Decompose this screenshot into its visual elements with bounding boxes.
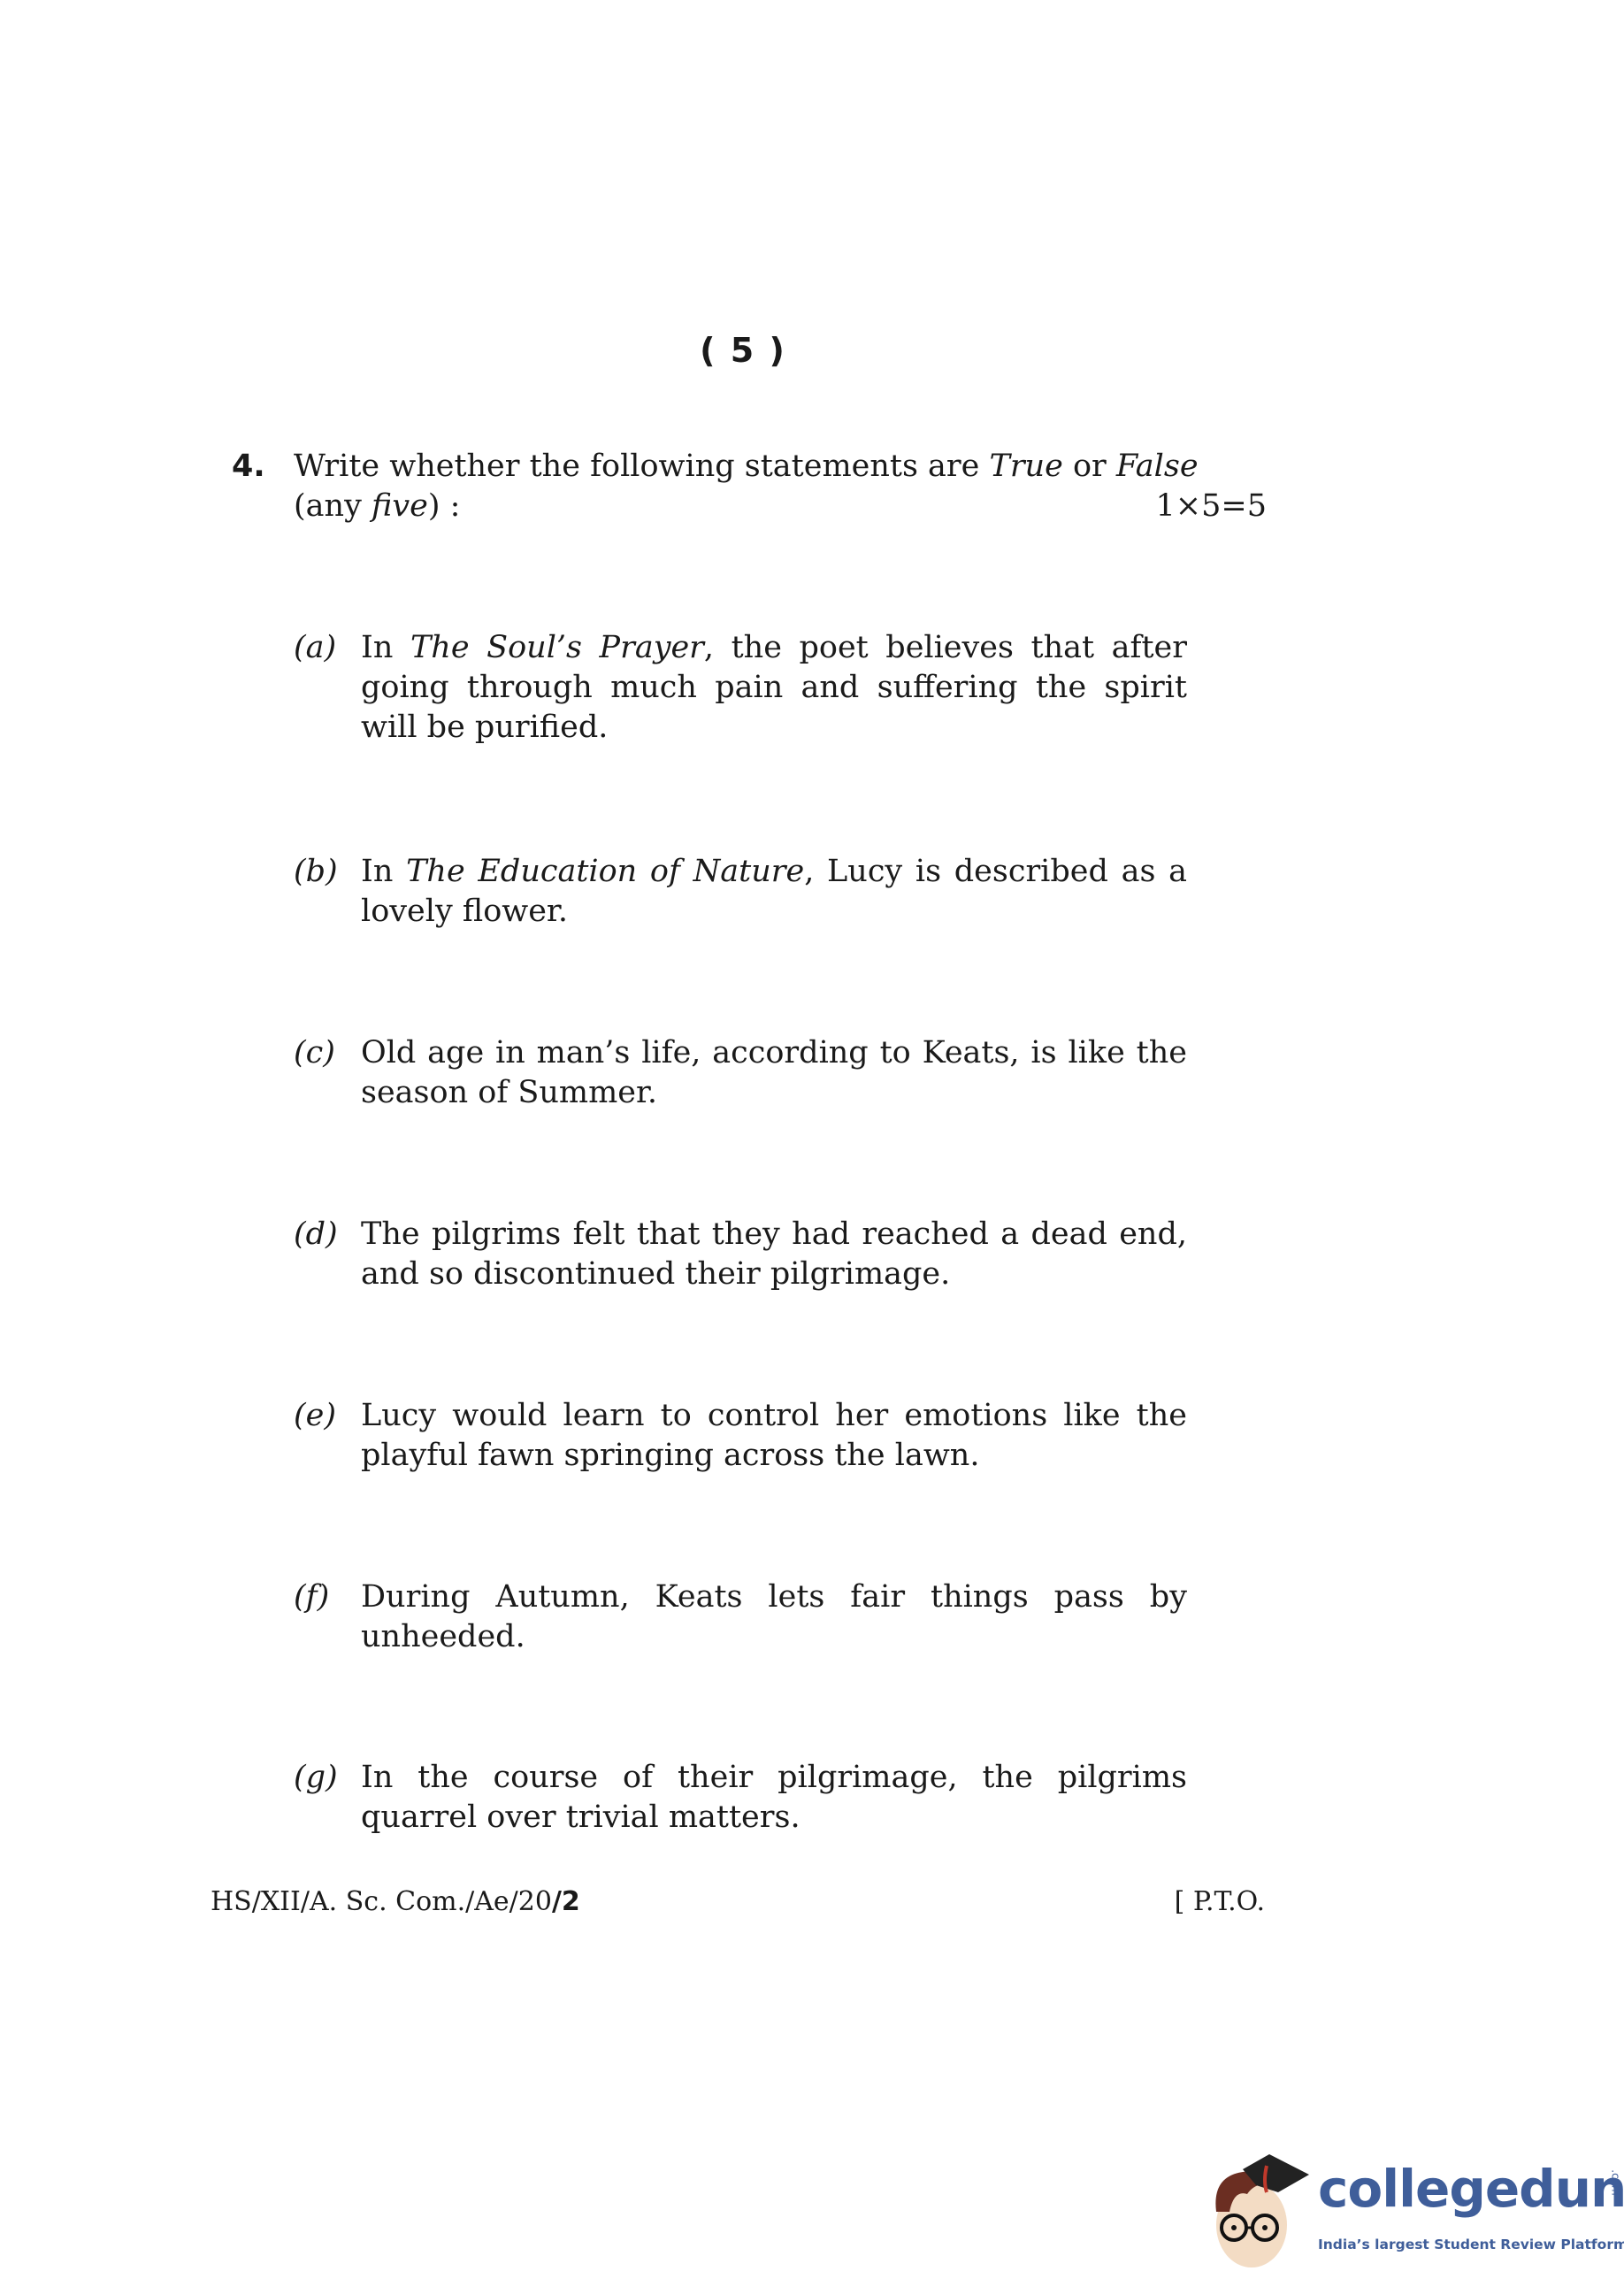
pto-label: [ P.T.O.	[1175, 1886, 1265, 1917]
statement-a: (a) In The Soul’s Prayer, the poet belie…	[294, 628, 1187, 748]
statement-e: (e) Lucy would learn to control her emot…	[294, 1396, 1187, 1476]
brand-tagline: India’s largest Student Review Platform	[1318, 2237, 1624, 2252]
statement-c: (c) Old age in man’s life, according to …	[294, 1033, 1187, 1113]
page-number: ( 5 )	[0, 331, 1486, 370]
statement-d: (d) The pilgrims felt that they had reac…	[294, 1215, 1187, 1294]
brand-dotcom: .com	[1610, 2169, 1622, 2195]
collegedunia-watermark: collegedunia .com India’s largest Studen…	[1203, 2150, 1619, 2274]
statement-f: (f) During Autumn, Keats lets fair thing…	[294, 1577, 1187, 1657]
question-instruction: Write whether the following statements a…	[294, 447, 1267, 526]
brand-name: collegedunia	[1318, 2159, 1624, 2219]
statement-g: (g) In the course of their pilgrimage, t…	[294, 1758, 1187, 1838]
mascot-icon	[1203, 2150, 1314, 2274]
marks: 1×5=5	[1156, 487, 1267, 526]
question-number: 4.	[232, 447, 265, 487]
paper-code: HS/XII/A. Sc. Com./Ae/20/2	[211, 1886, 580, 1917]
statement-b: (b) In The Education of Nature, Lucy is …	[294, 852, 1187, 932]
question-4: 4. Write whether the following statement…	[232, 447, 1267, 526]
